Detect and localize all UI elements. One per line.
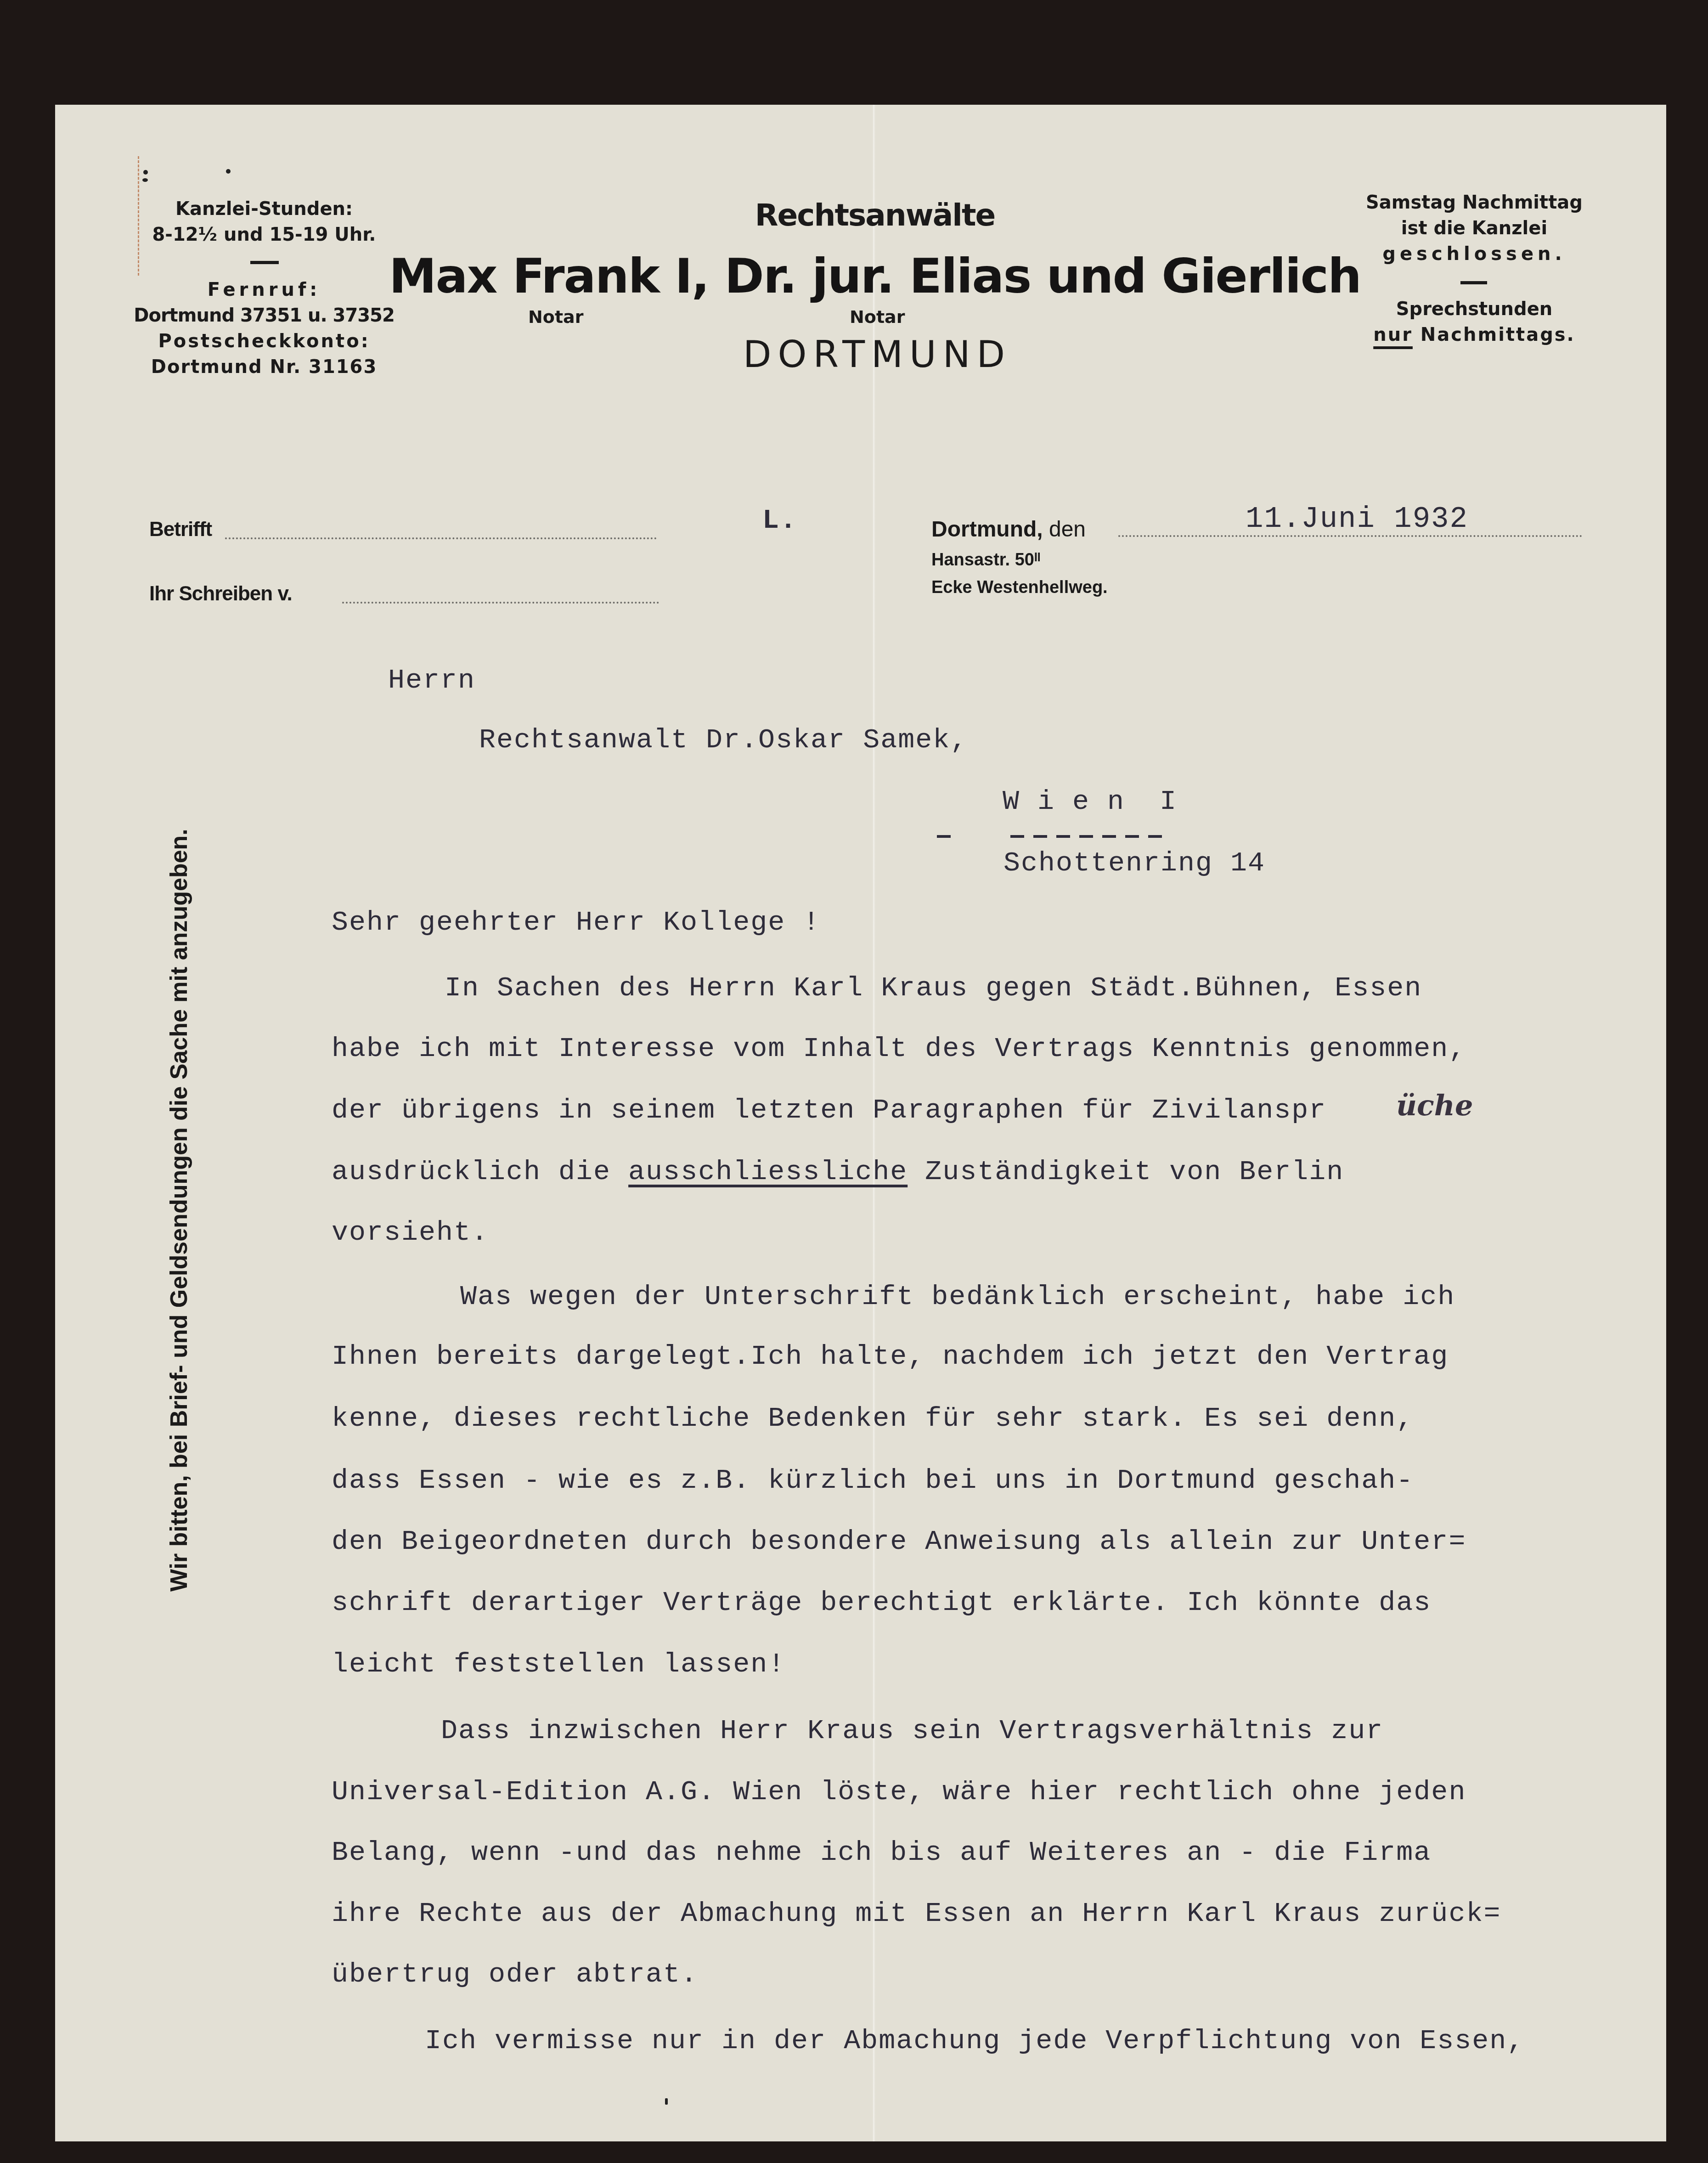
divider [1460, 281, 1487, 284]
your-letter-field-line[interactable] [342, 602, 659, 604]
only-emphasis: nur [1373, 324, 1413, 345]
underline-dash [1033, 835, 1047, 838]
body-line-6: Was wegen der Unterschrift bedänklich er… [460, 1282, 1455, 1313]
ink-speck [143, 170, 148, 175]
subject-field-line[interactable] [225, 537, 657, 539]
red-pencil-mark [138, 156, 139, 276]
body-line-18: Ich vermisse nur in der Abmachung jede V… [425, 2026, 1524, 2057]
postal-account-label: Postscheckkonto: [158, 331, 370, 352]
body-line-4: ausdrücklich die ausschliessliche Zustän… [332, 1157, 1344, 1188]
underline-dash [1148, 835, 1162, 838]
underline-dash [937, 835, 951, 838]
body-line-9: dass Essen - wie es z.B. kürzlich bei un… [332, 1465, 1414, 1497]
body-line-10: den Beigeordneten durch besondere Anweis… [332, 1526, 1466, 1558]
side-note-vertical: Wir bitten, bei Brief- und Geldsendungen… [165, 829, 193, 1592]
body-line-17: übertrug oder abtrat. [332, 1959, 698, 1990]
phone-label: Fernruf: [208, 279, 321, 300]
underline-dash [1079, 835, 1093, 838]
date-value: 11.Juni 1932 [1246, 503, 1468, 536]
greeting: Sehr geehrter Herr Kollege ! [332, 907, 820, 938]
postal-account-number: Dortmund Nr. 31163 [151, 356, 378, 378]
body-line-13: Dass inzwischen Herr Kraus sein Vertrags… [441, 1716, 1383, 1747]
consultation-hours-label: Sprechstunden [1396, 299, 1553, 320]
body-line-1: In Sachen des Herrn Karl Kraus gegen Stä… [445, 973, 1422, 1004]
handwritten-correction: üche [1396, 1089, 1473, 1122]
recipient-name: Rechtsanwalt Dr.Oskar Samek, [479, 725, 968, 756]
ink-speck [142, 178, 148, 182]
ink-speck [226, 169, 231, 174]
body-line-2: habe ich mit Interesse vom Inhalt des Ve… [332, 1033, 1466, 1065]
place-label: Dortmund, den [931, 517, 1086, 542]
address-line-1: Hansastr. 50ᴵᴵ [931, 550, 1041, 570]
profession-heading: Rechtsanwälte [755, 198, 995, 233]
firm-name: Max Frank I, Dr. jur. Elias und Gierlich [389, 248, 1361, 304]
body-line-3: der übrigens in seinem letzten Paragraph… [332, 1095, 1326, 1126]
place-city: Dortmund, [931, 517, 1043, 542]
notar-label-elias: Notar [850, 307, 905, 327]
body-line-15: Belang, wenn -und das nehme ich bis auf … [332, 1837, 1431, 1869]
emphasis-exclusive: ausschliessliche [628, 1157, 908, 1188]
office-hours-label: Kanzlei-Stunden: [175, 198, 353, 220]
saturday-note-line2: ist die Kanzlei [1401, 218, 1547, 239]
recipient-street: Schottenring 14 [1003, 848, 1265, 879]
phone-numbers: Dortmund 37351 u. 37352 [134, 305, 395, 326]
underline-dash [1056, 835, 1070, 838]
saturday-note-line3: geschlossen. [1382, 243, 1566, 265]
underline-dash [1125, 835, 1139, 838]
address-line-2: Ecke Westenhellweg. [931, 578, 1108, 598]
body-line-12: leicht feststellen lassen! [332, 1649, 785, 1680]
saturday-note-line1: Samstag Nachmittag [1366, 192, 1583, 213]
city-heading: DORTMUND [743, 333, 1011, 376]
body-line-14: Universal-Edition A.G. Wien löste, wäre … [332, 1777, 1466, 1808]
afternoons-text: Nachmittags. [1413, 324, 1575, 345]
your-letter-label: Ihr Schreiben v. [149, 582, 292, 605]
office-hours: 8-12½ und 15-19 Uhr. [152, 224, 376, 245]
subject-label: Betrifft [149, 518, 212, 541]
recipient-salutation: Herrn [388, 665, 475, 696]
text-fragment: ausdrücklich die [332, 1157, 628, 1188]
body-line-5: vorsieht. [332, 1217, 489, 1248]
place-den: den [1043, 517, 1086, 542]
underline-dash [1102, 835, 1116, 838]
consultation-hours-text: Sprechstunden [1396, 299, 1553, 320]
recipient-city: W i e n I [1003, 786, 1177, 818]
body-line-7: Ihnen bereits dargelegt.Ich halte, nachd… [332, 1341, 1449, 1372]
reference-mark: L. [762, 505, 797, 537]
body-line-8: kenne, dieses rechtliche Bedenken für se… [332, 1403, 1414, 1434]
ink-speck [665, 2098, 668, 2105]
body-line-11: schrift derartiger Verträge berechtigt e… [332, 1587, 1431, 1619]
divider [250, 261, 279, 264]
underline-dash [1010, 835, 1024, 838]
body-line-16: ihre Rechte aus der Abmachung mit Essen … [332, 1898, 1501, 1930]
consultation-hours-note: nur Nachmittags. [1373, 324, 1575, 345]
text-fragment: Zuständigkeit von Berlin [908, 1157, 1344, 1188]
notar-label-frank: Notar [528, 307, 583, 327]
